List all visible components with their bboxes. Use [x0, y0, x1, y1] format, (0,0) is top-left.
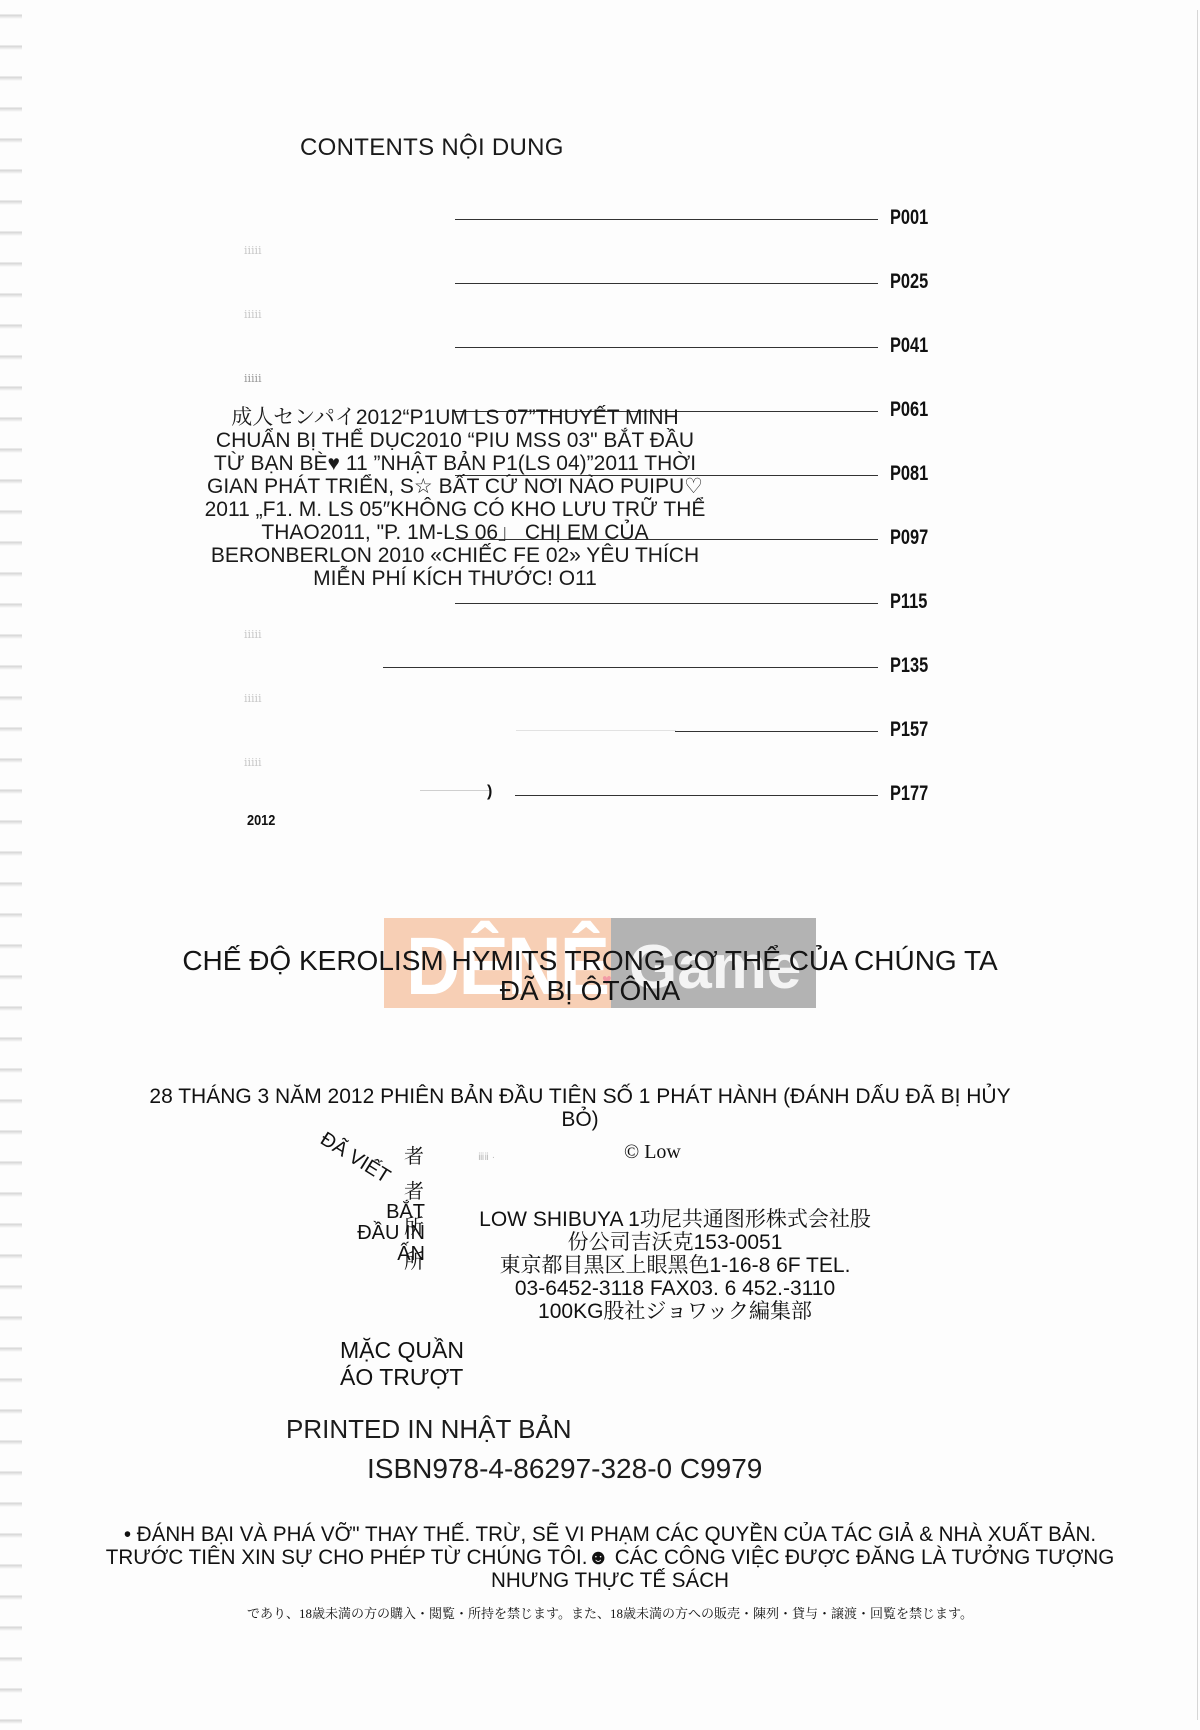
publisher-line: LOW SHIBUYA 1功尼共通图形株式会社股	[455, 1208, 895, 1231]
publisher-line: 份公司吉沃克153-0051	[455, 1231, 895, 1254]
toc-leader-line	[455, 283, 878, 284]
faint-scan-line	[516, 730, 676, 731]
toc-blurb-text: 成人センパイ2012“P1UM LS 07”THUYẾT MINH CHUẨN …	[200, 406, 710, 590]
toc-page-number: P001	[890, 206, 928, 230]
scanned-page-edge	[0, 0, 22, 1730]
page-border-line	[1197, 10, 1198, 1720]
toc-leader-line	[455, 219, 878, 220]
publisher-info: LOW SHIBUYA 1功尼共通图形株式会社股 份公司吉沃克153-0051 …	[455, 1208, 895, 1323]
toc-entry: P177	[0, 780, 1200, 810]
toc-entry: P041	[0, 332, 1200, 362]
publisher-line: 100KG股社ジョワック編集部	[455, 1300, 895, 1323]
toc-page-number: P157	[890, 718, 928, 742]
legal-notice-line: • ĐÁNH BẠI VÀ PHÁ VỠ" THAY THẾ. TRỪ, SẼ …	[42, 1523, 1179, 1546]
legal-notice-line: TRƯỚC TIÊN XIN SỰ CHO PHÉP TỪ CHÚNG TÔI.…	[42, 1546, 1179, 1569]
toc-year-label: 2012	[247, 812, 275, 829]
faint-scan-mark: ⅲⅱ	[244, 628, 262, 641]
toc-page-number: P177	[890, 782, 928, 806]
toc-leader-line	[675, 731, 878, 732]
book-title-line-1: CHẾ ĐỘ KEROLISM HYMITS TRONG CƠ THỂ CỦA …	[150, 946, 1030, 976]
binding-line-1: MẶC QUẦN	[340, 1337, 464, 1364]
publisher-line: 東京都目黒区上眼黑色1-16-8 6F TEL.	[455, 1254, 895, 1277]
publisher-line: 03-6452-3118 FAX03. 6 452.-3110	[455, 1277, 895, 1300]
faint-scan-mark: ⅲⅱ	[244, 308, 262, 321]
faint-scan-mark: ⅲⅱ	[244, 244, 262, 257]
toc-page-number: P041	[890, 334, 928, 358]
printer-cjk-mark: 所	[404, 1245, 424, 1274]
book-title-line-2: ĐÃ BỊ ÔTÔNA	[150, 976, 1030, 1006]
toc-page-number: P081	[890, 462, 928, 486]
printed-in-text: PRINTED IN NHẬT BẢN	[286, 1414, 572, 1445]
toc-page-number: P025	[890, 270, 928, 294]
printer-cjk-mark: 所	[404, 1210, 424, 1239]
toc-entry: P115	[0, 588, 1200, 618]
toc-leader-line	[455, 603, 878, 604]
isbn-text: ISBN978-4-86297-328-0 C9979	[367, 1453, 762, 1485]
toc-entry: P135	[0, 652, 1200, 682]
faint-scan-mark: ⅲⅱ	[244, 372, 262, 385]
scan-bracket-mark: )	[487, 783, 492, 801]
toc-entry: P157	[0, 716, 1200, 746]
legal-notice-japanese: であり、18歳未満の方の購入・閲覧・所持を禁じます。また、18歳未満の方への販売…	[30, 1603, 1190, 1622]
book-title: CHẾ ĐỘ KEROLISM HYMITS TRONG CƠ THỂ CỦA …	[150, 946, 1030, 1006]
faint-scan-mark: ⅲⅱ	[244, 756, 262, 769]
binding-info: MẶC QUẦN ÁO TRƯỢT	[340, 1337, 464, 1391]
author-cjk-mark: 者	[404, 1140, 424, 1169]
toc-leader-line	[515, 795, 878, 796]
toc-page-number: P061	[890, 398, 928, 422]
faint-scan-line	[420, 790, 490, 791]
author-cjk-mark: 者	[404, 1175, 424, 1204]
toc-page-number: P135	[890, 654, 928, 678]
toc-leader-line	[383, 667, 878, 668]
faint-scan-mark: ⅲⅱ ·	[478, 1152, 495, 1163]
publication-date: 28 THÁNG 3 NĂM 2012 PHIÊN BẢN ĐẦU TIÊN S…	[130, 1085, 1030, 1131]
toc-leader-line	[455, 347, 878, 348]
toc-entry: P001	[0, 204, 1200, 234]
faint-scan-mark: ⅲⅱ	[244, 692, 262, 705]
legal-notice: • ĐÁNH BẠI VÀ PHÁ VỠ" THAY THẾ. TRỪ, SẼ …	[42, 1523, 1179, 1592]
toc-title: CONTENTS NỘI DUNG	[300, 134, 564, 162]
binding-line-2: ÁO TRƯỢT	[340, 1364, 464, 1391]
author-label: ĐÃ VIẾT	[316, 1128, 394, 1189]
copyright-text: © Low	[624, 1141, 681, 1164]
toc-entry: P025	[0, 268, 1200, 298]
legal-notice-line: NHƯNG THỰC TẾ SÁCH	[42, 1569, 1179, 1592]
toc-page-number: P097	[890, 526, 928, 550]
toc-page-number: P115	[890, 590, 927, 614]
